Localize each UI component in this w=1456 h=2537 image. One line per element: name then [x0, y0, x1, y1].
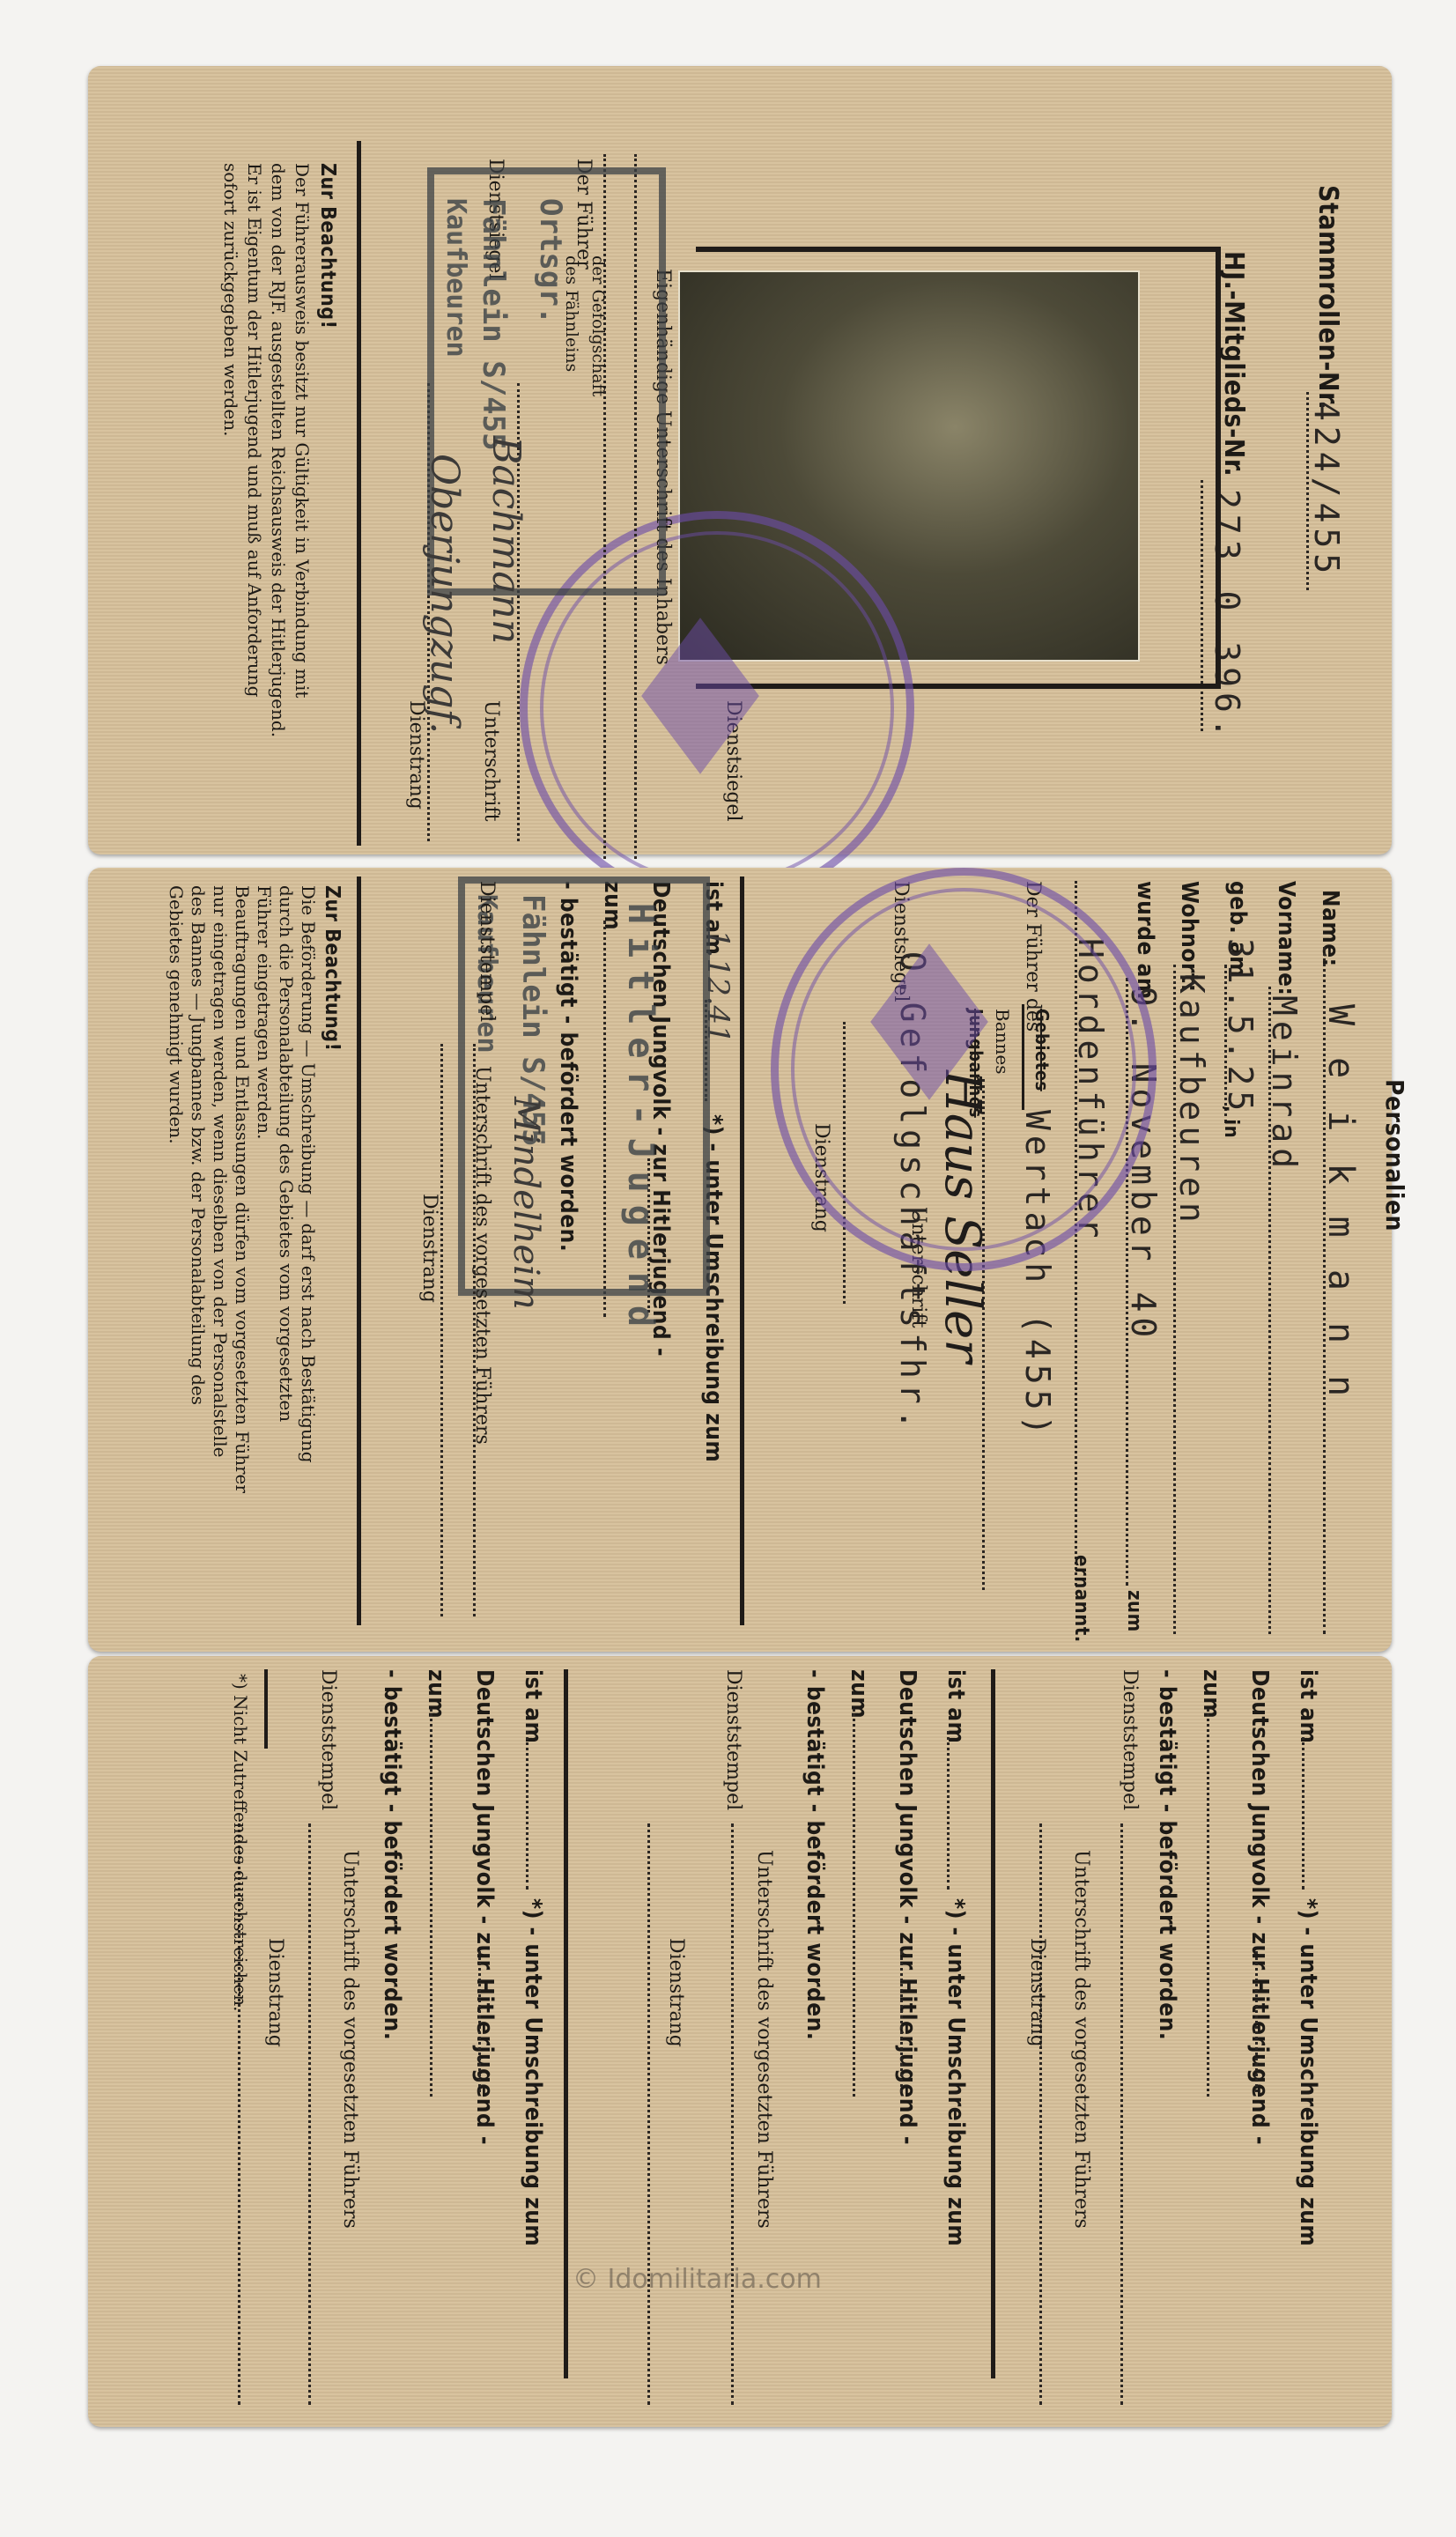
stammrollen-value: 424/455 [1307, 401, 1346, 579]
notice-line: nur eingetragen werden, wenn dieselben v… [210, 885, 231, 1457]
box-stamp-line1: Hitler-Jugend [620, 903, 661, 1339]
notice-line: sofort zurückgegeben werden. [220, 163, 241, 436]
wohnort-line [1173, 965, 1176, 1634]
umschreibung-label: *) - unter Umschreibung zum [1295, 1898, 1321, 2246]
vorname-value: Meinrad [1265, 995, 1304, 1173]
rank-line [1039, 1823, 1042, 2405]
notice-line: Gebietes genehmigt wurden. [166, 885, 187, 1144]
superior-rank-label: Dienstrang [418, 1194, 440, 1303]
id-card-page-top: Stammrollen-Nr. 424/455 HJ.-Mitglieds-Nr… [88, 66, 1392, 854]
notice-line: dem von der RJF. ausgestellten Reichsaus… [268, 163, 289, 737]
bestaetigt-label: - bestätigt - befördert worden. [379, 1669, 405, 2040]
jungvolk-line [478, 1951, 481, 2092]
notice-line: Führer eingetragen werden. [254, 885, 275, 1140]
notice-line: des Bannes — Jungbannes bzw. der Persona… [188, 885, 209, 1405]
jungvolk-line [900, 1951, 903, 2092]
umschreibung-label: *) - unter Umschreibung zum [520, 1898, 546, 2246]
notice-title: Zur Beachtung! [321, 885, 344, 1052]
rank-label: Dienstrang [264, 1938, 286, 2047]
jungvolk-hj-label: Deutschen Jungvolk - zur Hitlerjugend - [1246, 1669, 1273, 2145]
block-divider [991, 1669, 995, 2378]
bestaetigt-label: - bestätigt - befördert worden. [802, 1669, 828, 2040]
notice-title: Zur Beachtung! [316, 163, 339, 329]
ist-am-line [526, 1731, 528, 1890]
block-divider [564, 1669, 568, 2378]
notice-line: Beauftragungen und Entlassungen dürfen v… [232, 885, 253, 1493]
stamp-label: Dienststempel [317, 1669, 339, 1810]
watermark: © Idomilitaria.com [573, 2264, 822, 2295]
ist-am-label: ist am [1295, 1669, 1321, 1743]
ist-am-label: ist am [520, 1669, 546, 1743]
id-card-page-transfers: ist am *) - unter Umschreibung zum Deuts… [88, 1656, 1392, 2427]
signature-label: Unterschrift des vorgesetzten Führers [753, 1850, 775, 2229]
zum-line [430, 1709, 432, 2097]
zum-line [1207, 1709, 1209, 2097]
box-stamp-line2: Fähnlein S/455 [476, 198, 511, 451]
box-stamp-line1: Ortsgr. [533, 198, 568, 324]
superior-signature-label: Unterschrift des vorgesetzten Führers [471, 1066, 493, 1445]
notice-line: durch die Personalabteilung des Gebietes… [276, 885, 297, 1422]
footnote-rule [264, 1669, 268, 1749]
notice-line: Die Beförderung — Umschreibung — darf er… [298, 885, 319, 1463]
ist-am-line [1302, 1731, 1304, 1890]
umschreibung-label: *) - unter Umschreibung zum [942, 1898, 969, 2246]
signature-label: Unterschrift des vorgesetzten Führers [339, 1850, 361, 2229]
zum-label: zum [846, 1669, 872, 1719]
stamp-label: Dienststempel [1119, 1669, 1141, 1810]
notice-line: Er ist Eigentum der Hitlerjugend und muß… [244, 163, 265, 697]
jungvolk-hj-label: Deutschen Jungvolk - zur Hitlerjugend - [471, 1669, 498, 2145]
stamp-label: Dienststempel [722, 1669, 744, 1810]
ist-am-line [947, 1731, 950, 1890]
zum-line [853, 1709, 855, 2097]
stammrollen-label: Stammrollen-Nr. [1312, 185, 1343, 410]
handwritten-rank-1: Oberjungzugf. [422, 454, 467, 734]
zum-label: zum [423, 1669, 449, 1719]
ernannt-label: ernannt. [1070, 1555, 1092, 1643]
notice-line: Der Führerausweis besitzt nur Gültigkeit… [292, 163, 313, 698]
leader-signature-label: Unterschrift [480, 700, 502, 821]
footnote: *) Nicht Zutreffendes durchstreichen. [230, 1674, 251, 2012]
zum-label: zum [1123, 1590, 1145, 1632]
rank-line [647, 1823, 650, 2405]
personalien-title: Personalien [1380, 1079, 1409, 1232]
rank-label: Dienstrang [1026, 1938, 1048, 2047]
rank-label: Dienstrang [665, 1938, 687, 2047]
signature-line [731, 1823, 734, 2405]
section-divider [740, 876, 744, 1625]
stamp-label: Dienststempel [476, 881, 498, 1022]
signature-line [1120, 1823, 1123, 2405]
geb-am-value: 31.5.25 [1221, 938, 1260, 1116]
geb-in-label: , in [1220, 1106, 1242, 1138]
vorname-label: Vorname: [1273, 881, 1299, 995]
handwritten-signature-1: Bachmann [484, 436, 528, 644]
id-card-page-personalien: Personalien Name: W e i k m a n n Vornam… [88, 868, 1392, 1652]
superior-rank-line [440, 1044, 443, 1616]
mitglieds-label: HJ.-Mitglieds-Nr. [1218, 251, 1249, 477]
wohnort-value: Kaufbeuren [1172, 973, 1211, 1228]
handwritten-signature-2: Mindelheim [506, 1097, 546, 1310]
notice-divider [357, 141, 361, 846]
bestaetigt-label: - bestätigt - befördert worden. [1154, 1669, 1180, 2040]
name-value: W e i k m a n n [1320, 1004, 1361, 1402]
zum-label: zum [1198, 1669, 1224, 1719]
signature-line [308, 1823, 311, 2405]
signature-label: Unterschrift des vorgesetzten Führers [1070, 1850, 1092, 2229]
name-label: Name: [1317, 890, 1343, 966]
official-round-stamp [771, 868, 1157, 1271]
notice-divider [357, 876, 361, 1625]
box-stamp-line3: Kaufbeuren [440, 198, 471, 358]
jungvolk-line [1255, 1951, 1258, 2092]
jungvolk-hj-label: Deutschen Jungvolk - zur Hitlerjugend - [894, 1669, 920, 2145]
